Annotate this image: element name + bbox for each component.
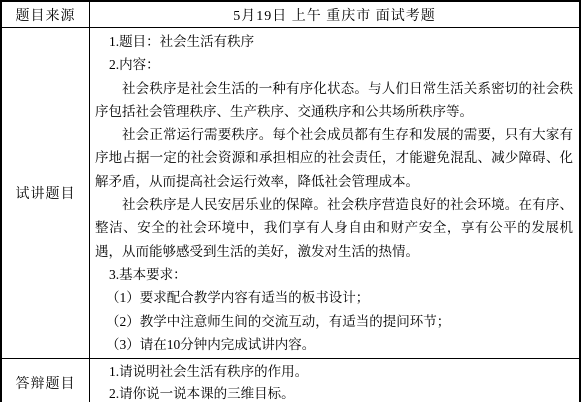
trial-topic-content: 1.题目：社会生活有秩序 2.内容： 社会秩序是社会生活的一种有序化状态。与人们… [90, 28, 581, 359]
trial-topic-label: 试讲题目 [1, 28, 90, 359]
trial-topic-row: 试讲题目 1.题目：社会生活有秩序 2.内容： 社会秩序是社会生活的一种有序化状… [1, 28, 580, 359]
trial-line-content-head: 2.内容： [95, 53, 573, 76]
exam-question-table: 题目来源 5月19日 上午 重庆市 面试考题 试讲题目 1.题目：社会生活有秩序… [0, 0, 581, 402]
defense-question: 2.请你说一说本课的三维目标。 [95, 383, 573, 402]
defense-row: 答辩题目 1.请说明社会生活有秩序的作用。 2.请你说一说本课的三维目标。 [1, 359, 580, 402]
trial-paragraph: 社会秩序是人民安居乐业的保障。社会秩序营造良好的社会环境。在有序、整洁、安全的社… [95, 193, 573, 263]
trial-requirement-item: （1）要求配合教学内容有适当的板书设计； [95, 286, 573, 309]
source-row-label: 题目来源 [1, 1, 90, 28]
trial-paragraph: 社会秩序是社会生活的一种有序化状态。与人们日常生活关系密切的社会秩序包括社会管理… [95, 77, 573, 124]
defense-question: 1.请说明社会生活有秩序的作用。 [95, 361, 573, 383]
trial-paragraph: 社会正常运行需要秩序。每个社会成员都有生存和发展的需要，只有大家有序地占据一定的… [95, 123, 573, 193]
source-row: 题目来源 5月19日 上午 重庆市 面试考题 [1, 1, 580, 28]
trial-line-title: 1.题目：社会生活有秩序 [95, 30, 573, 53]
defense-row-content: 1.请说明社会生活有秩序的作用。 2.请你说一说本课的三维目标。 [90, 359, 581, 402]
defense-row-label: 答辩题目 [1, 359, 90, 402]
trial-requirement-item: （3）请在10分钟内完成试讲内容。 [95, 333, 573, 356]
source-row-value: 5月19日 上午 重庆市 面试考题 [90, 1, 581, 28]
trial-requirement-item: （2）教学中注意师生间的交流互动，有适当的提问环节； [95, 310, 573, 333]
trial-line-requirements: 3.基本要求： [95, 263, 573, 286]
